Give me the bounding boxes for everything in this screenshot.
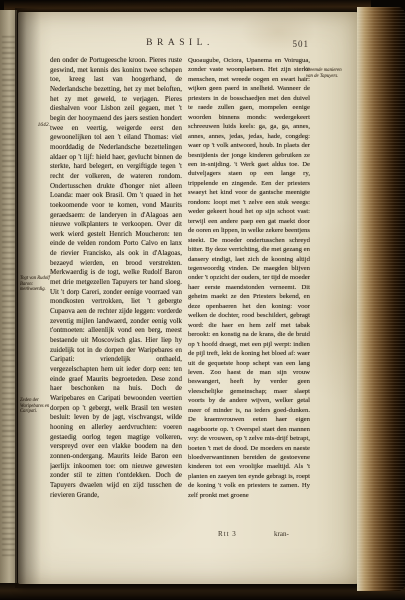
running-head: BRASIL. [50, 38, 310, 48]
left-column-text: den onder de Portugeesche kroon. Pieres … [50, 56, 182, 530]
catchword: kran- [274, 530, 289, 538]
margin-note-manieren-tapuyers: Vreemde manieren van de Tapuyers. [306, 68, 342, 80]
page-header: BRASIL. 501 [50, 38, 310, 52]
signature-mark: Rtt 3 [218, 530, 237, 538]
margin-note-togt-rudolf-baron: Togt van Rudolf Baron: merkwaerdig. [20, 276, 50, 293]
margin-note-zeden-waripebares: Zeden der Waripebares en Caripati. [20, 398, 50, 415]
signature-row: Rtt 3 kran- [188, 530, 310, 542]
right-column-text: Quoaugube, Ociora, Upanema en Voirugua, … [188, 56, 310, 530]
book-bottom-edge [0, 583, 405, 600]
book-fore-edge [357, 7, 405, 591]
margin-note-year: 1642. [28, 122, 50, 128]
book-scan: BRASIL. 501 den onder de Portugeesche kr… [0, 0, 405, 600]
facing-page-edge [0, 10, 17, 586]
book-page: BRASIL. 501 den onder de Portugeesche kr… [18, 12, 363, 584]
text-columns: den onder de Portugeesche kroon. Pieres … [50, 56, 310, 530]
page-number: 501 [293, 39, 310, 49]
